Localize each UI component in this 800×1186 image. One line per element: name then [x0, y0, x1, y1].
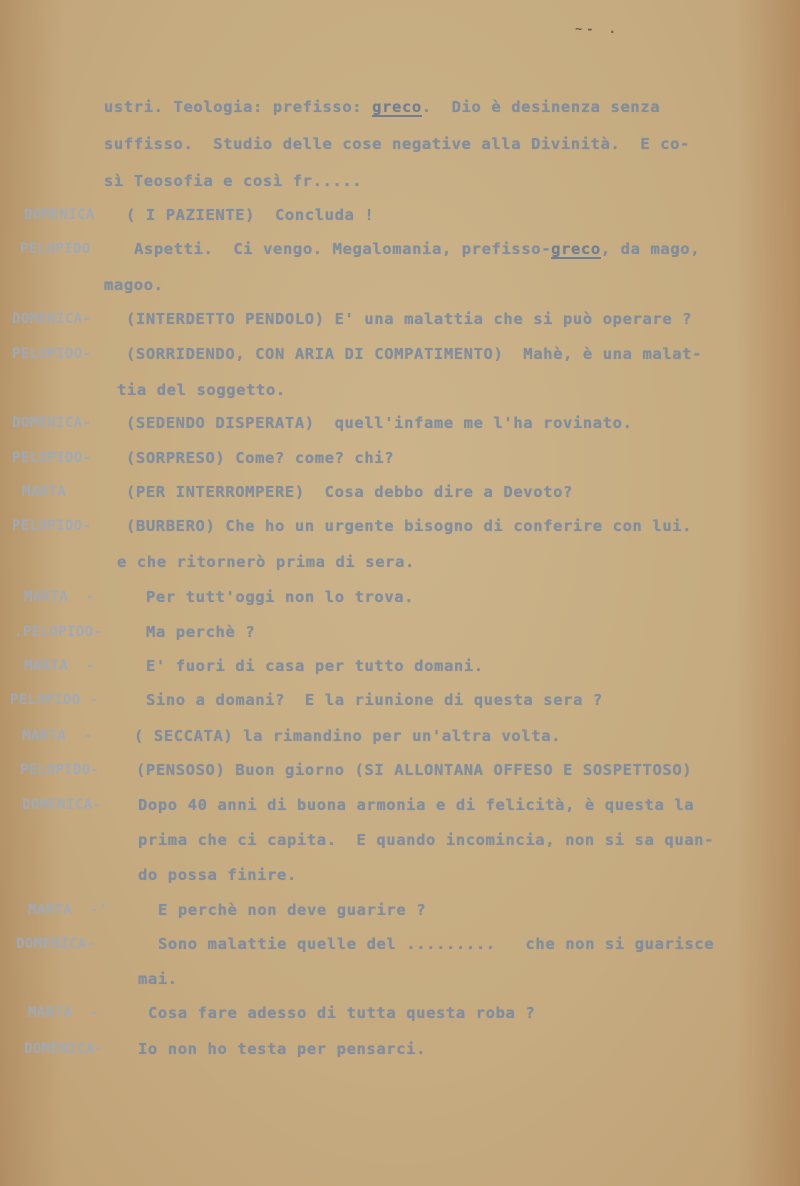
- speaker-label: DOMENICA: [24, 207, 95, 223]
- script-line: Sono malattie quelle del ......... che n…: [158, 935, 714, 953]
- line-text-after: . Dio è desinenza senza: [422, 98, 660, 116]
- speaker-label: .PELOPIDO-: [14, 624, 102, 640]
- speaker-label: MARTA -: [24, 658, 95, 674]
- script-line: Ma perchè ?: [146, 623, 255, 641]
- speaker-label: PELOPIDO-: [12, 518, 91, 534]
- speaker-label: DOMENICA-: [24, 1041, 103, 1057]
- underlined-word: greco: [372, 98, 422, 116]
- script-line: Sino a domani? E la riunione di questa s…: [146, 691, 603, 709]
- script-line: prima che ci capita. E quando incomincia…: [138, 831, 714, 849]
- page-corner-mark: ~- .: [575, 22, 620, 36]
- speaker-label: MARTA -: [24, 589, 95, 605]
- script-line: Io non ho testa per pensarci.: [138, 1040, 426, 1058]
- speaker-label: PELOPIDO-: [12, 346, 91, 362]
- line-text-after: , da mago,: [601, 240, 700, 258]
- speaker-label: PELOPIDO-: [12, 450, 91, 466]
- script-line: Aspetti. Ci vengo. Megalomania, prefisso…: [134, 240, 700, 258]
- script-line: E' fuori di casa per tutto domani.: [146, 657, 484, 675]
- typewritten-script-page: ~- . ustri. Teologia: prefisso: greco. D…: [0, 0, 800, 1186]
- script-line: suffisso. Studio delle cose negative all…: [104, 135, 690, 153]
- script-line: Dopo 40 anni di buona armonia e di felic…: [138, 796, 694, 814]
- script-line: ustri. Teologia: prefisso: greco. Dio è …: [104, 98, 660, 116]
- speaker-label: MARTA -: [22, 728, 93, 744]
- script-line: (INTERDETTO PENDOLO) E' una malattia che…: [126, 310, 692, 328]
- line-text: Aspetti. Ci vengo. Megalomania, prefisso…: [134, 240, 551, 258]
- speaker-label: PELOPIDO: [20, 241, 91, 257]
- script-line: (SORPRESO) Come? come? chi?: [126, 449, 394, 467]
- script-line: (SORRIDENDO, CON ARIA DI COMPATIMENTO) M…: [126, 345, 702, 363]
- script-line: E perchè non deve guarire ?: [158, 901, 426, 919]
- script-line: mai.: [138, 970, 178, 988]
- script-line: (PENSOSO) Buon giorno (SI ALLONTANA OFFE…: [136, 761, 692, 779]
- speaker-label: DOMENICA-: [12, 415, 91, 431]
- script-line: (PER INTERROMPERE) Cosa debbo dire a Dev…: [126, 483, 573, 501]
- script-line: Cosa fare adesso di tutta questa roba ?: [148, 1004, 535, 1022]
- script-line: ( I PAZIENTE) Concluda !: [126, 206, 374, 224]
- script-line: e che ritornerò prima di sera.: [117, 553, 415, 571]
- speaker-label: MARTA -': [28, 902, 107, 918]
- script-line: (SEDENDO DISPERATA) quell'infame me l'ha…: [126, 414, 633, 432]
- speaker-label: DOMENICA-: [12, 311, 91, 327]
- speaker-label: DOMENICA-: [22, 797, 101, 813]
- line-text: ustri. Teologia: prefisso:: [104, 98, 372, 116]
- speaker-label: PELOPIDO-: [20, 762, 99, 778]
- underlined-word: greco: [551, 240, 601, 258]
- script-line: (BURBERO) Che ho un urgente bisogno di c…: [126, 517, 692, 535]
- script-line: Per tutt'oggi non lo trova.: [146, 588, 414, 606]
- script-line: magoo.: [104, 276, 164, 294]
- script-line: tia del soggetto.: [117, 381, 286, 399]
- script-line: sì Teosofia e così fr.....: [104, 172, 362, 190]
- speaker-label: MARTA -: [28, 1005, 99, 1021]
- script-line: ( SECCATA) la rimandino per un'altra vol…: [134, 727, 561, 745]
- speaker-label: DOMENICA-: [16, 936, 95, 952]
- script-line: do possa finire.: [138, 866, 297, 884]
- speaker-label: MARTA: [22, 484, 66, 500]
- speaker-label: PELOPIDO -: [10, 692, 98, 708]
